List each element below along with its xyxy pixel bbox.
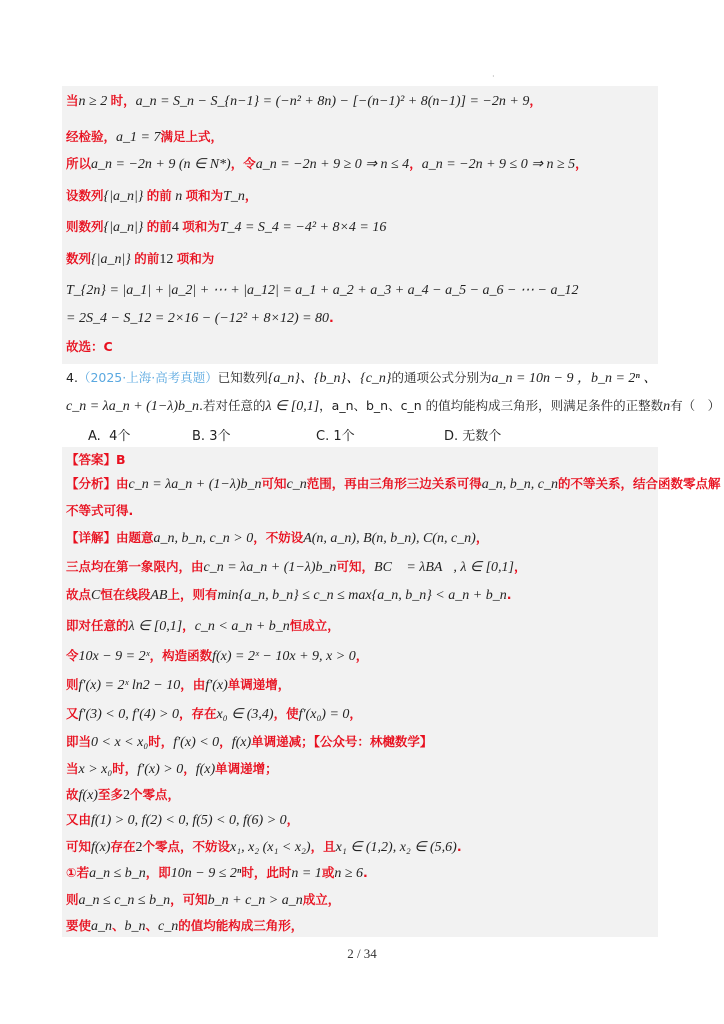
- analysis-line-1: 【分析】由c_n = λa_n + (1−λ)b_n可知c_n范围，再由三角形三…: [66, 475, 721, 494]
- final-choice: 故选：C: [66, 338, 113, 356]
- page-mark: ·: [492, 72, 495, 81]
- answer-line: 【答案】B: [66, 451, 126, 469]
- detail-line-6: 则f′(x) = 2ˣ ln2 − 10，由f′(x)单调递增，: [66, 676, 290, 695]
- solution-line-8: = 2S_4 − S_12 = 2×16 − (−12² + 8×12) = 8…: [66, 309, 334, 328]
- detail-line-11: 又由f(1) > 0, f(2) < 0, f(5) < 0, f(6) > 0…: [66, 811, 299, 830]
- analysis-line-2: 不等式可得.: [66, 502, 133, 520]
- detail-line-8: 即当0 < x < x₀时，f′(x) < 0，f(x)单调递减；【公众号：林樾…: [66, 733, 432, 752]
- detail-line-12: 可知f(x)存在2个零点，不妨设x₁, x₂ (x₁ < x₂)，且x₁ ∈ (…: [66, 838, 462, 857]
- detail-line-7: 又f′(3) < 0, f′(4) > 0，存在x₀ ∈ (3,4)，使f′(x…: [66, 705, 362, 724]
- option-c: C. 1个: [316, 425, 355, 444]
- answer-value: B: [116, 452, 126, 467]
- solution-line-1: 当n ≥ 2 时，a_n = S_n − S_{n−1} = (−n² + 8n…: [66, 92, 542, 111]
- detail-line-3: 故点C恒在线段AB上，则有min{a_n, b_n} ≤ c_n ≤ max{a…: [66, 586, 511, 605]
- question-4-line-2: c_n = λa_n + (1−λ)b_n.若对任意的λ ∈ [0,1]，a_n…: [66, 397, 720, 416]
- detail-line-9: 当x > x₀时，f′(x) > 0，f(x)单调递增；: [66, 760, 278, 779]
- detail-line-15: 要使a_n、b_n、c_n的值均能构成三角形，: [66, 917, 303, 936]
- question-source: （2025·上海·高考真题）: [78, 370, 218, 385]
- detail-line-10: 故f(x)至多2个零点，: [66, 786, 180, 805]
- option-b: B. 3个: [192, 425, 230, 444]
- watermark-text: 单调递减；【公众号：林樾数学】: [251, 734, 432, 749]
- solution-line-3: 所以a_n = −2n + 9 (n ∈ N*)，令a_n = −2n + 9 …: [66, 155, 588, 174]
- solution-line-2: 经检验，a_1 = 7满足上式，: [66, 128, 223, 147]
- option-d: D. 无数个: [444, 425, 501, 444]
- solution-line-5: 则数列{|a_n|} 的前4 项和为T_4 = S_4 = −4² + 8×4 …: [66, 218, 386, 237]
- detail-line-13: ①若a_n ≤ b_n，即10n − 9 ≤ 2ⁿ时，此时n = 1或n ≥ 6…: [66, 864, 368, 883]
- solution-line-6: 数列{|a_n|} 的前12 项和为: [66, 250, 214, 269]
- detail-line-5: 令10x − 9 = 2ˣ，构造函数f(x) = 2ˣ − 10x + 9, x…: [66, 647, 368, 666]
- option-a: A. 4个: [88, 425, 130, 444]
- solution-line-7: T_{2n} = |a_1| + |a_2| + ⋯ + |a_12| = a_…: [66, 281, 578, 300]
- solution-line-4: 设数列{|a_n|} 的前 n 项和为T_n，: [66, 187, 257, 206]
- detail-line-2: 三点均在第一象限内，由c_n = λa_n + (1−λ)b_n可知，BC⃗ =…: [66, 558, 527, 577]
- detail-line-1: 【详解】由题意a_n, b_n, c_n > 0，不妨设A(n, a_n), B…: [66, 529, 488, 548]
- detail-line-4: 即对任意的λ ∈ [0,1]，c_n < a_n + b_n恒成立，: [66, 617, 340, 636]
- detail-line-14: 则a_n ≤ c_n ≤ b_n，可知b_n + c_n > a_n成立，: [66, 891, 340, 910]
- page-indicator: 2 / 34: [0, 946, 724, 962]
- question-4-line-1: 4.（2025·上海·高考真题）已知数列{a_n}、{b_n}、{c_n}的通项…: [66, 369, 657, 388]
